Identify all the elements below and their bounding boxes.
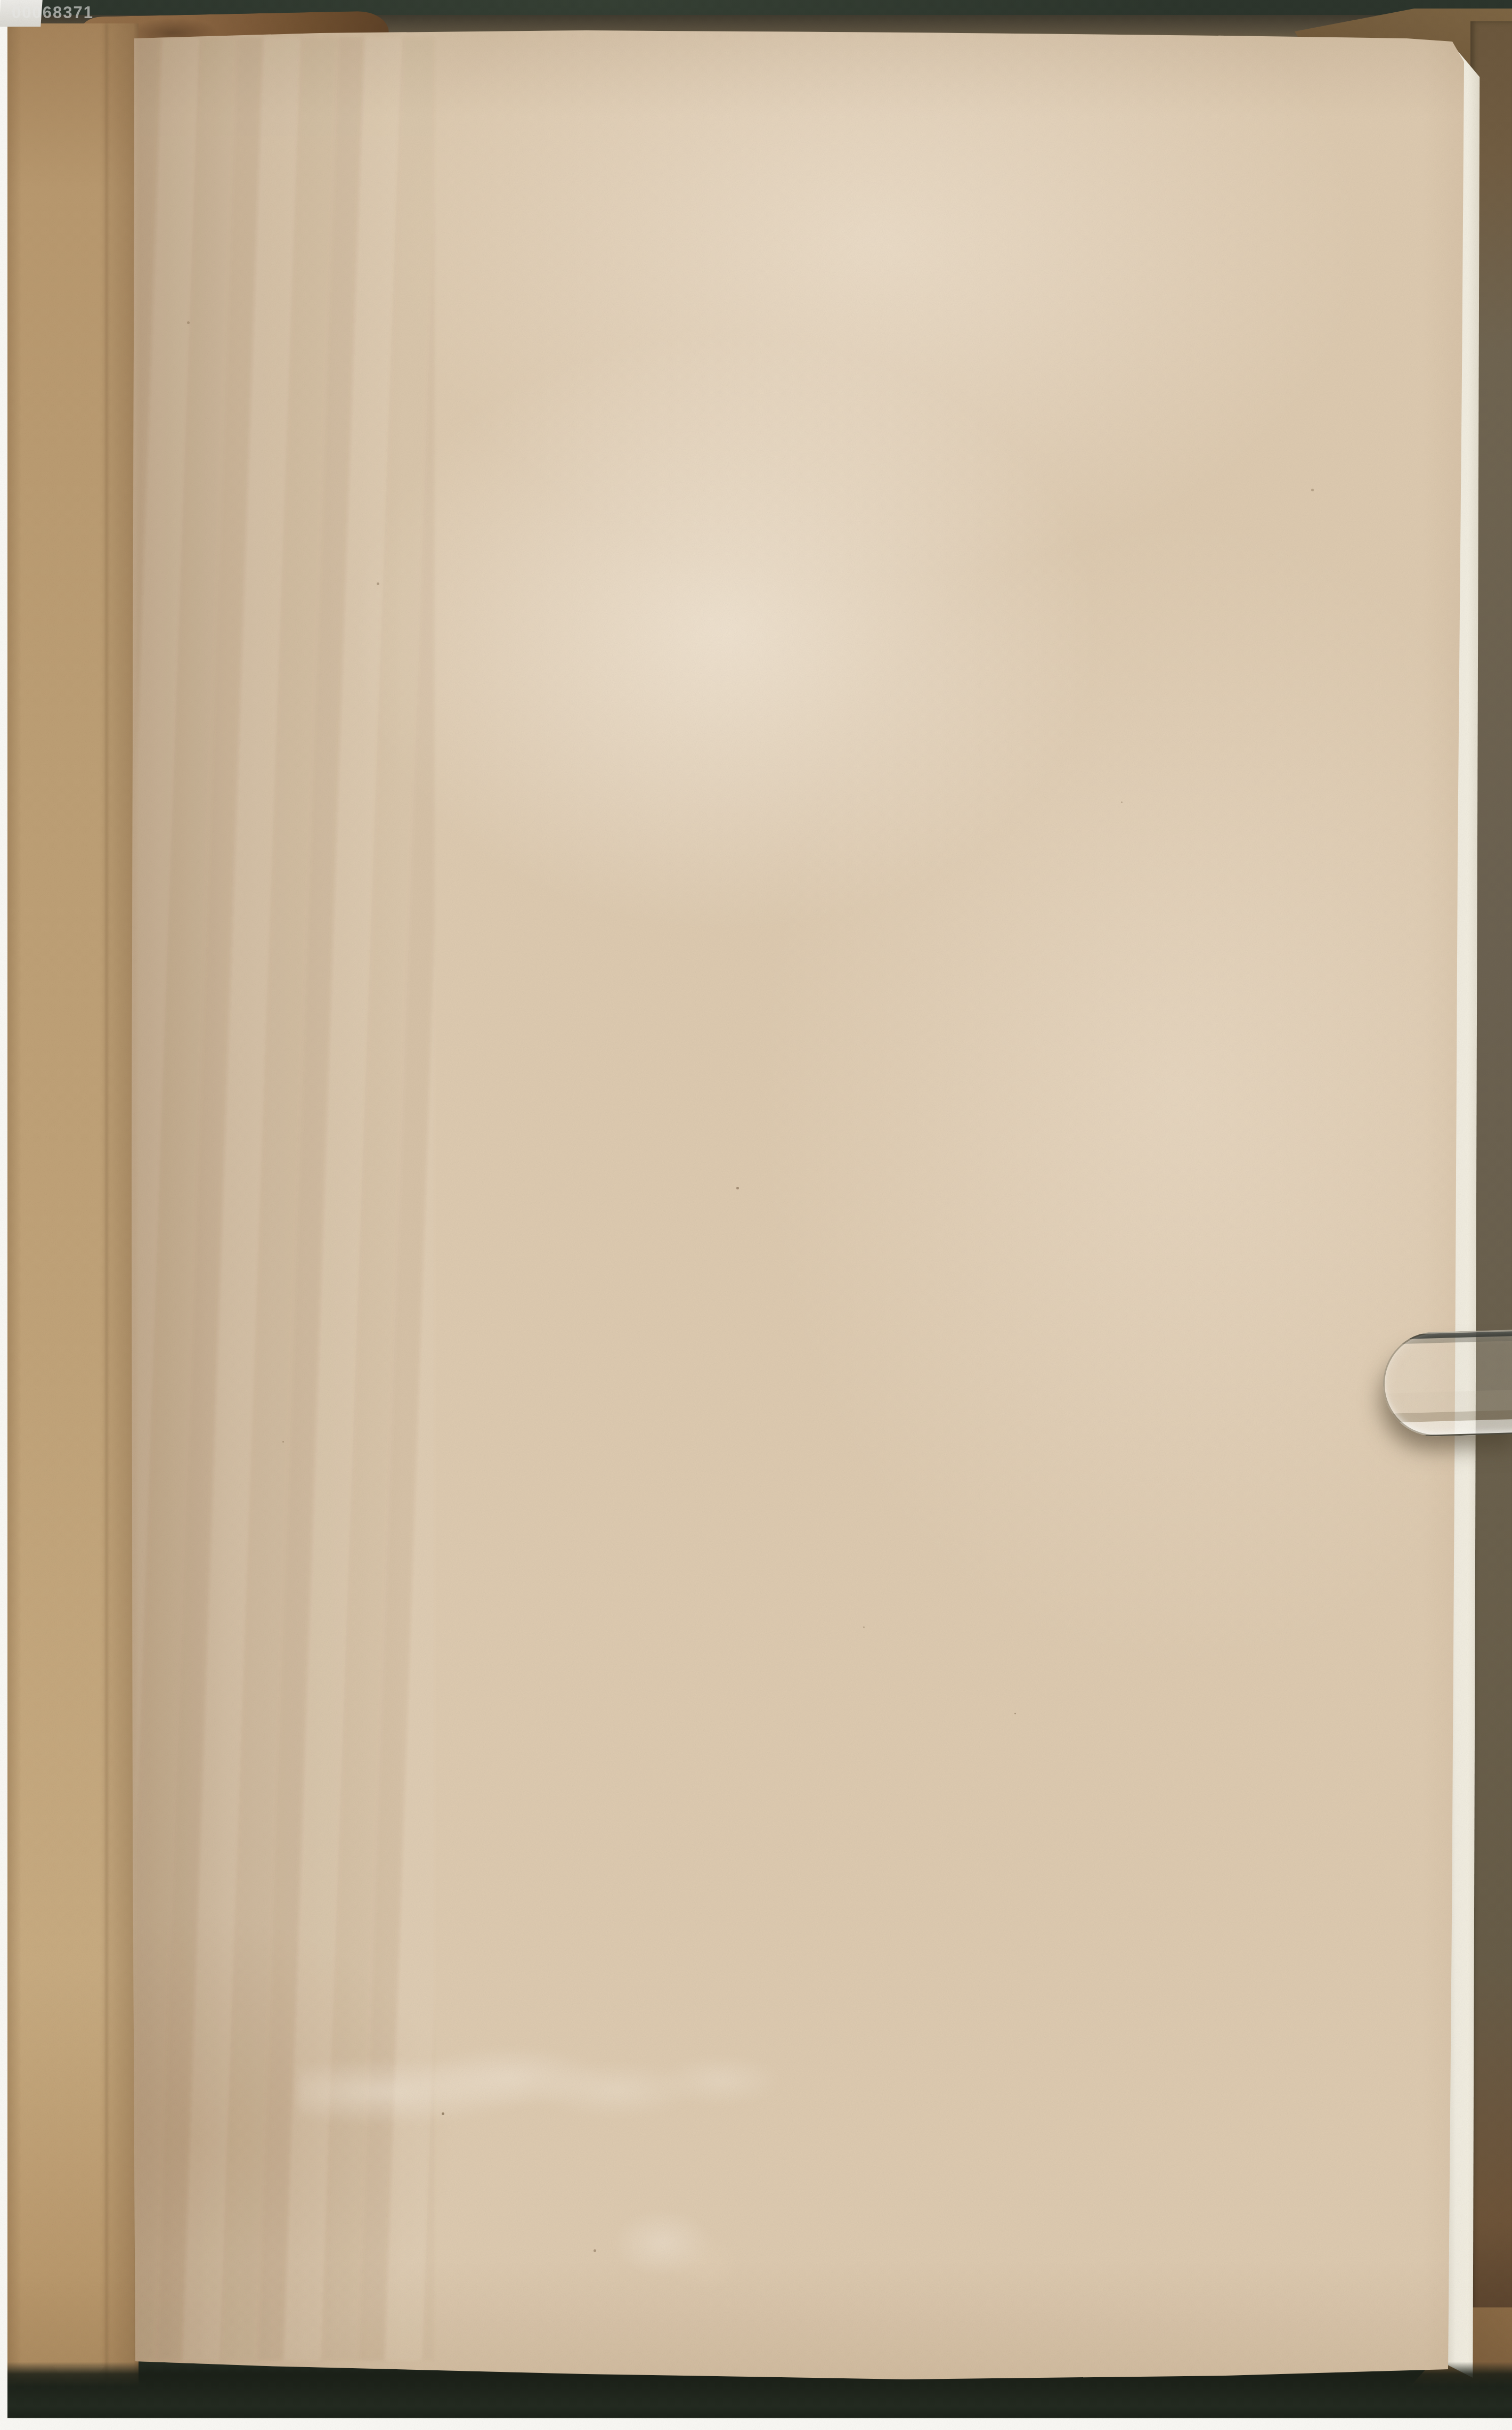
spine-fold-endpaper [7,23,139,2391]
book-scan: 00068371 [0,0,1512,2430]
scanner-watermark-id: 00068371 [12,3,94,22]
spine-crease [104,23,109,2391]
ghost-writing-mark [596,2200,771,2296]
page-crease-shading [136,37,435,2361]
blank-flyleaf-page [0,0,1512,2430]
glass-page-clamp [1381,1330,1512,1438]
ghost-writing-mark [298,2045,778,2125]
